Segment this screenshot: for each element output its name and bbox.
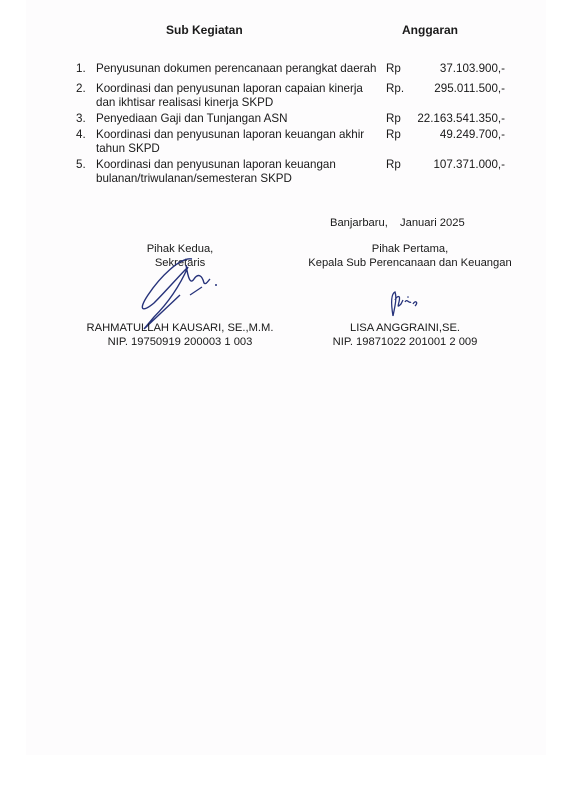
row-description: Penyediaan Gaji dan Tunjangan ASN: [96, 112, 381, 126]
header-sub-kegiatan: Sub Kegiatan: [166, 23, 243, 37]
row-currency: Rp: [386, 128, 401, 142]
row-amount: 37.103.900,-: [440, 62, 505, 76]
date: Januari 2025: [400, 216, 465, 230]
row-number: 1.: [76, 62, 86, 76]
row-amount: 107.371.000,-: [433, 158, 505, 172]
row-number: 3.: [76, 112, 86, 126]
row-description: Koordinasi dan penyusunan laporan capaia…: [96, 82, 381, 110]
row-description: Koordinasi dan penyusunan laporan keuang…: [96, 158, 361, 186]
row-currency: Rp: [386, 62, 401, 76]
first-party-name: LISA ANGGRAINI,SE.: [320, 321, 490, 335]
place: Banjarbaru,: [330, 216, 388, 230]
row-amount: 49.249.700,-: [440, 128, 505, 142]
second-party-nip: NIP. 19750919 200003 1 003: [80, 335, 280, 349]
first-party-identity: LISA ANGGRAINI,SE. NIP. 19871022 201001 …: [320, 321, 490, 349]
first-party-nip: NIP. 19871022 201001 2 009: [320, 335, 490, 349]
row-currency: Rp: [386, 112, 401, 126]
second-party-identity: RAHMATULLAH KAUSARI, SE.,M.M. NIP. 19750…: [80, 321, 280, 349]
row-currency: Rp.: [386, 82, 404, 96]
row-description: Koordinasi dan penyusunan laporan keuang…: [96, 128, 381, 156]
row-amount: 295.011.500,-: [434, 82, 505, 96]
header-anggaran: Anggaran: [402, 23, 458, 37]
first-party-block: Pihak Pertama, Kepala Sub Perencanaan da…: [300, 242, 520, 270]
row-currency: Rp: [386, 158, 401, 172]
first-party-signature: [385, 290, 435, 320]
row-description: Penyusunan dokumen perencanaan perangkat…: [96, 62, 396, 76]
row-amount: 22.163.541.350,-: [417, 112, 505, 126]
second-party-label: Pihak Kedua,: [80, 242, 280, 256]
row-number: 4.: [76, 128, 86, 142]
row-number: 5.: [76, 158, 86, 172]
second-party-name: RAHMATULLAH KAUSARI, SE.,M.M.: [80, 321, 280, 335]
first-party-label: Pihak Pertama,: [300, 242, 520, 256]
first-party-position: Kepala Sub Perencanaan dan Keuangan: [300, 256, 520, 270]
row-number: 2.: [76, 82, 86, 96]
